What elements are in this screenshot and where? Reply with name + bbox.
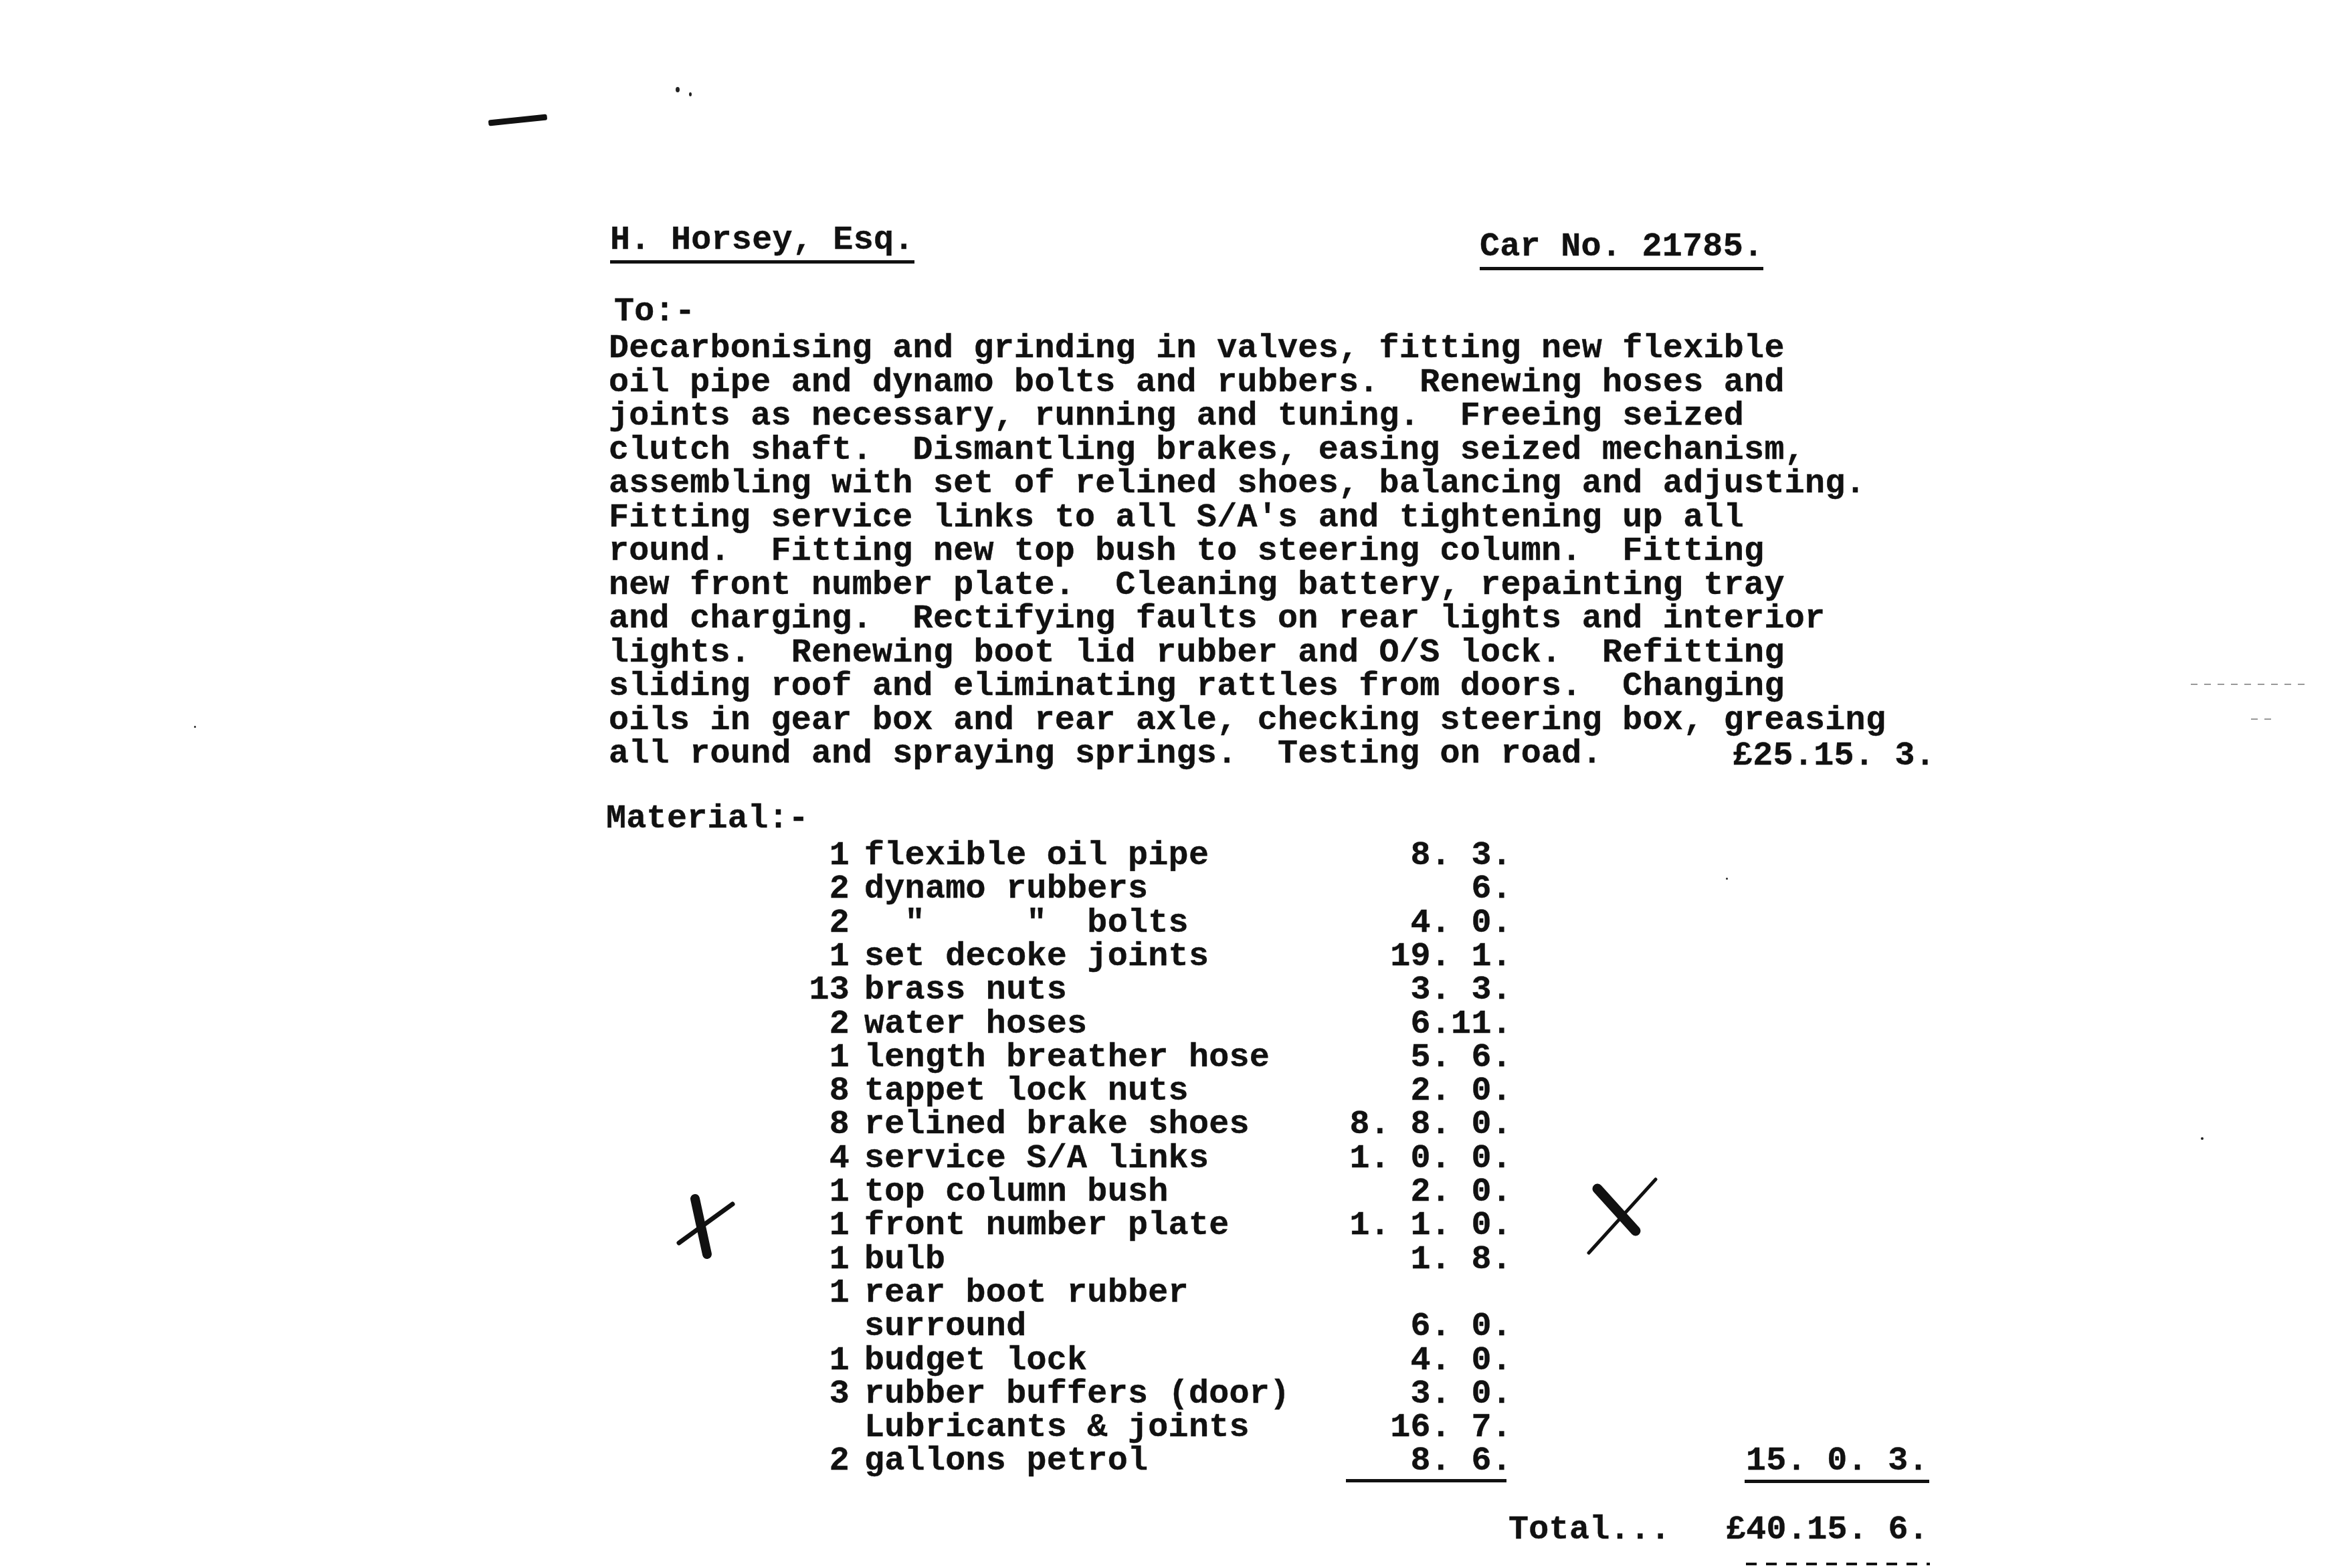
- material-qty: 2: [776, 907, 850, 941]
- material-price: 8. 6.: [1311, 1445, 1512, 1478]
- material-qty: 3: [776, 1378, 850, 1411]
- material-price: 4. 0.: [1311, 1345, 1512, 1378]
- material-description: gallons petrol: [864, 1445, 1148, 1478]
- material-qty: 1: [776, 1345, 850, 1378]
- material-description: surround: [864, 1310, 1026, 1344]
- material-description: dynamo rubbers: [864, 873, 1148, 906]
- addressee: H. Horsey, Esq.: [610, 224, 914, 264]
- material-price: 1. 8.: [1311, 1244, 1512, 1277]
- material-description: tappet lock nuts: [864, 1075, 1189, 1108]
- material-price: 3. 3.: [1311, 974, 1512, 1007]
- material-price: 2. 0.: [1311, 1176, 1512, 1209]
- labour-line: lights. Renewing boot lid rubber and O/S…: [609, 637, 1785, 670]
- ink-speck: [194, 726, 196, 728]
- ink-smudge: [488, 114, 547, 126]
- labour-label: To:-: [614, 296, 695, 329]
- material-qty: 1: [776, 1176, 850, 1209]
- material-description: budget lock: [864, 1345, 1087, 1378]
- material-price: 3. 0.: [1311, 1378, 1512, 1411]
- labour-line: clutch shaft. Dismantling brakes, easing…: [609, 434, 1805, 468]
- material-price: 6.: [1311, 873, 1512, 906]
- material-price: 4. 0.: [1311, 907, 1512, 941]
- material-price: 6.11.: [1311, 1008, 1512, 1042]
- material-qty: 1: [776, 1042, 850, 1075]
- material-description: rear boot rubber: [864, 1277, 1189, 1310]
- material-qty: 1: [776, 1209, 850, 1243]
- material-price: 8. 8. 0.: [1311, 1108, 1512, 1142]
- material-qty: 1: [776, 941, 850, 974]
- material-price: 6. 0.: [1311, 1310, 1512, 1344]
- right-x-mark-icon: [1585, 1174, 1666, 1261]
- material-qty: 4: [776, 1143, 850, 1176]
- material-description: brass nuts: [864, 974, 1067, 1007]
- labour-line: oil pipe and dynamo bolts and rubbers. R…: [609, 367, 1785, 400]
- total-double-rule: [1746, 1563, 1930, 1565]
- material-description: flexible oil pipe: [864, 840, 1209, 873]
- subtotal-rule: [1745, 1480, 1929, 1483]
- labour-line: Decarbonising and grinding in valves, fi…: [609, 332, 1785, 366]
- material-price: 8. 3.: [1311, 840, 1512, 873]
- ink-speck: [2201, 1137, 2204, 1140]
- material-description: Lubricants & joints: [864, 1411, 1250, 1445]
- material-description: rubber buffers (door): [864, 1378, 1290, 1411]
- faint-mark: [2191, 684, 2305, 685]
- material-qty: 1: [776, 1277, 850, 1310]
- material-price: 16. 7.: [1311, 1411, 1512, 1445]
- faint-mark: [2251, 718, 2271, 720]
- labour-line: oils in gear box and rear axle, checking…: [609, 704, 1886, 738]
- ink-speck: [689, 92, 692, 96]
- material-description: bulb: [864, 1244, 945, 1277]
- material-qty: 2: [776, 1445, 850, 1478]
- ink-speck: [1726, 878, 1728, 880]
- material-qty: 8: [776, 1108, 850, 1142]
- material-price: 19. 1.: [1311, 941, 1512, 974]
- labour-line: joints as necessary, running and tuning.…: [609, 400, 1744, 433]
- material-description: " " bolts: [864, 907, 1189, 941]
- labour-line: Fitting service links to all S/A's and t…: [609, 502, 1744, 535]
- material-qty: 13: [776, 974, 850, 1007]
- material-qty: 2: [776, 873, 850, 906]
- material-price: 2. 0.: [1311, 1075, 1512, 1108]
- total-amount: £40.15. 6.: [1726, 1514, 1929, 1547]
- price-column-rule: [1346, 1479, 1506, 1482]
- material-description: water hoses: [864, 1008, 1087, 1042]
- labour-line: and charging. Rectifying faults on rear …: [609, 603, 1825, 636]
- total-label: Total...: [1508, 1514, 1670, 1547]
- labour-line: round. Fitting new top bush to steering …: [609, 535, 1764, 569]
- material-qty: 1: [776, 1244, 850, 1277]
- material-description: length breather hose: [864, 1042, 1270, 1075]
- material-description: top column bush: [864, 1176, 1169, 1209]
- material-description: set decoke joints: [864, 941, 1209, 974]
- material-description: service S/A links: [864, 1143, 1209, 1176]
- labour-line: sliding roof and eliminating rattles fro…: [609, 670, 1785, 704]
- material-price: 5. 6.: [1311, 1042, 1512, 1075]
- material-price: 1. 1. 0.: [1311, 1209, 1512, 1243]
- material-qty: 1: [776, 840, 850, 873]
- material-description: relined brake shoes: [864, 1108, 1250, 1142]
- labour-line: assembling with set of relined shoes, ba…: [609, 468, 1866, 501]
- left-x-mark-icon: [672, 1191, 739, 1264]
- material-qty: 8: [776, 1075, 850, 1108]
- labour-line: new front number plate. Cleaning battery…: [609, 569, 1785, 603]
- material-label: Material:-: [606, 803, 809, 836]
- material-description: front number plate: [864, 1209, 1230, 1243]
- material-subtotal: 15. 0. 3.: [1746, 1445, 1929, 1478]
- material-price: 1. 0. 0.: [1311, 1143, 1512, 1176]
- ink-speck: [676, 87, 680, 92]
- labour-amount: £25.15. 3.: [1733, 740, 1935, 773]
- car-number: Car No. 21785.: [1480, 231, 1763, 270]
- labour-line: all round and spraying springs. Testing …: [609, 738, 1602, 771]
- material-qty: 2: [776, 1008, 850, 1042]
